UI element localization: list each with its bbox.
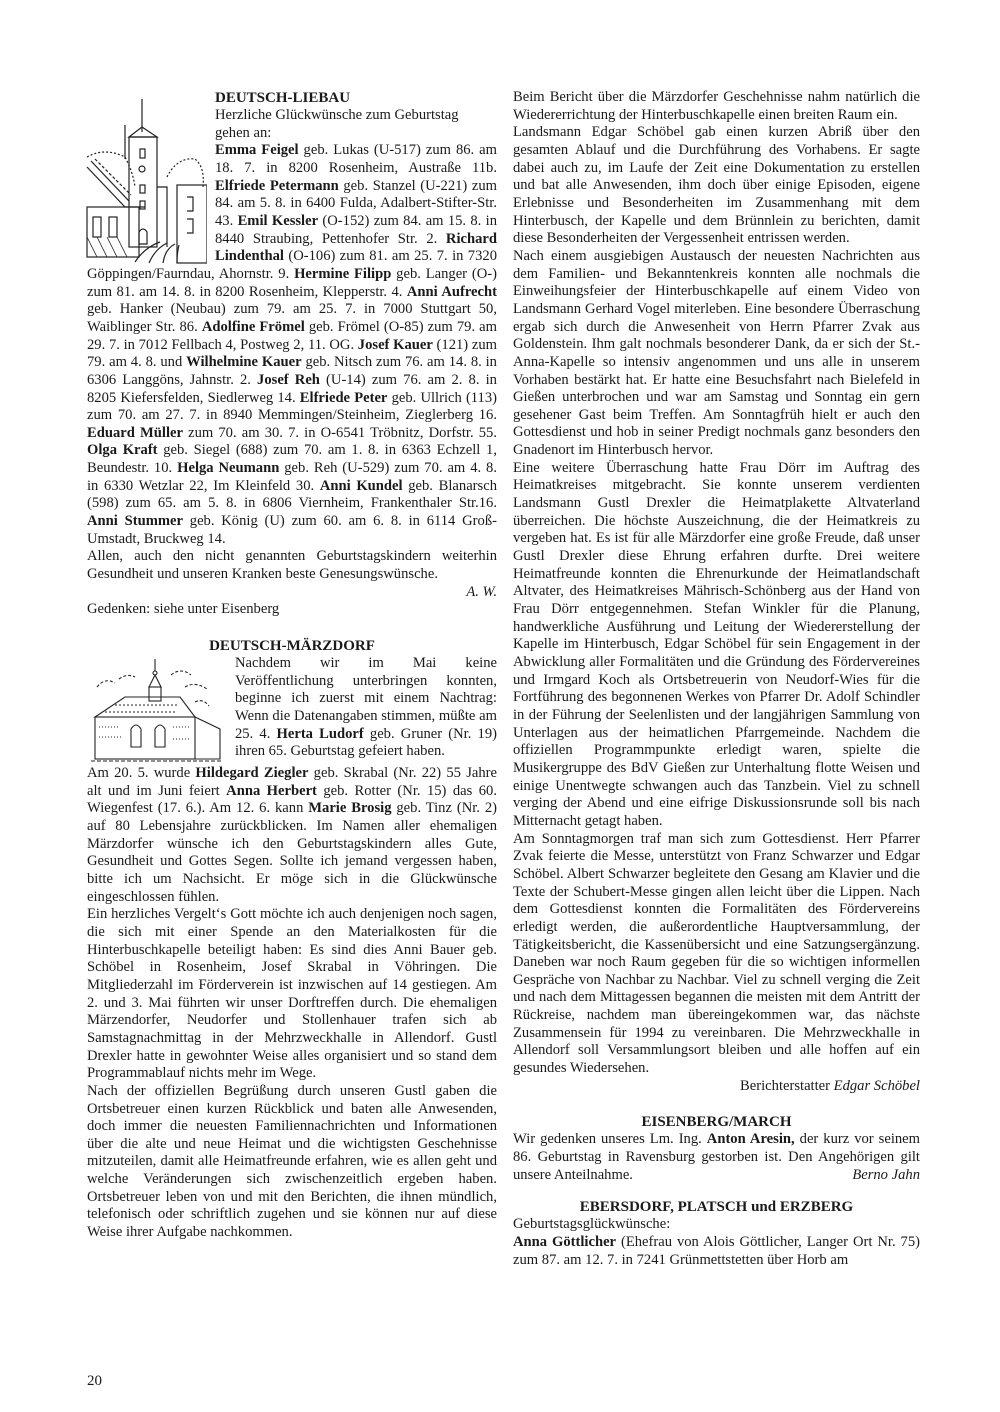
person-name: Anni Aufrecht — [407, 284, 497, 300]
section-title: EISENBERG/MARCH — [513, 1113, 920, 1131]
paragraph-sunday: Am Sonntagmorgen traf man sich zum Gotte… — [513, 831, 920, 1078]
person-name: Hermine Filipp — [294, 266, 391, 282]
person-name: Herta Ludorf — [277, 726, 364, 742]
person-name: Olga Kraft — [87, 442, 158, 458]
person-name: Helga Neumann — [177, 460, 279, 476]
reporter-signature: Berichterstatter Edgar Schöbel — [513, 1078, 920, 1096]
author-signature: A. W. — [87, 584, 497, 602]
section-deutsch-maerzdorf: DEUTSCH-MÄRZDORF Nachdem wir im Mai kein… — [87, 637, 497, 1242]
section-ebersdorf: EBERSDORF, PLATSCH und ERZBERG Geburtsta… — [513, 1198, 920, 1269]
church-town-illustration-icon — [85, 97, 207, 265]
person-name: Emil Kessler — [238, 213, 319, 229]
person-name: Wilhelmine Kauer — [186, 354, 301, 370]
person-name: Marie Brosig — [308, 800, 391, 816]
section-deutsch-liebau: DEUTSCH-LIEBAU Herzliche Glückwünsche zu… — [87, 89, 497, 619]
person-name: Emma Feigel — [215, 142, 299, 158]
right-column: Beim Bericht über die Märzdorfer Gescheh… — [513, 89, 920, 1269]
gedenken-note: Gedenken: siehe unter Eisenberg — [87, 601, 497, 619]
page-number: 20 — [87, 1373, 102, 1390]
person-name: Elfriede Petermann — [215, 178, 339, 194]
paragraph-schoebel: Landsmann Edgar Schöbel gab einen kurzen… — [513, 124, 920, 248]
person-name: Anton Aresin, — [707, 1131, 795, 1147]
person-name: Anna Herbert — [226, 783, 317, 799]
person-name: Anni Stummer — [87, 513, 183, 529]
paragraph-greeting: Nach der offiziellen Begrüßung durch uns… — [87, 1083, 497, 1242]
birthday-entry: Anna Göttlicher (Ehefrau von Alois Göttl… — [513, 1234, 920, 1269]
person-name: Hildegard Ziegler — [195, 765, 308, 781]
person-name: Anni Kundel — [320, 478, 403, 494]
paragraph-birthdays: Am 20. 5. wurde Hildegard Ziegler geb. S… — [87, 765, 497, 906]
chapel-illustration-icon — [85, 657, 227, 765]
section-title: DEUTSCH-MÄRZDORF — [87, 637, 497, 655]
person-name: Adolfine Frömel — [202, 319, 305, 335]
person-name: Eduard Müller — [87, 425, 183, 441]
person-name: Josef Reh — [257, 372, 320, 388]
paragraph-report-intro: Beim Bericht über die Märzdorfer Gescheh… — [513, 89, 920, 124]
paragraph-video: Nach einem ausgiebigen Austausch der neu… — [513, 248, 920, 460]
paragraph-awards: Eine weitere Überraschung hatte Frau Dör… — [513, 460, 920, 831]
left-column: DEUTSCH-LIEBAU Herzliche Glückwünsche zu… — [87, 89, 497, 1242]
person-name: Anna Göttlicher — [513, 1234, 616, 1250]
person-name: Josef Kauer — [358, 337, 433, 353]
intro-text: Geburtstagsglückwünsche: — [513, 1216, 920, 1234]
section-title: EBERSDORF, PLATSCH und ERZBERG — [513, 1198, 920, 1216]
closing-text: Allen, auch den nicht genannten Geburtst… — [87, 548, 497, 583]
section-eisenberg-march: EISENBERG/MARCH Wir gedenken unseres Lm.… — [513, 1113, 920, 1184]
paragraph-thanks: Ein herzliches Vergelt‘s Gott möchte ich… — [87, 906, 497, 1083]
person-name: Elfriede Peter — [300, 390, 388, 406]
